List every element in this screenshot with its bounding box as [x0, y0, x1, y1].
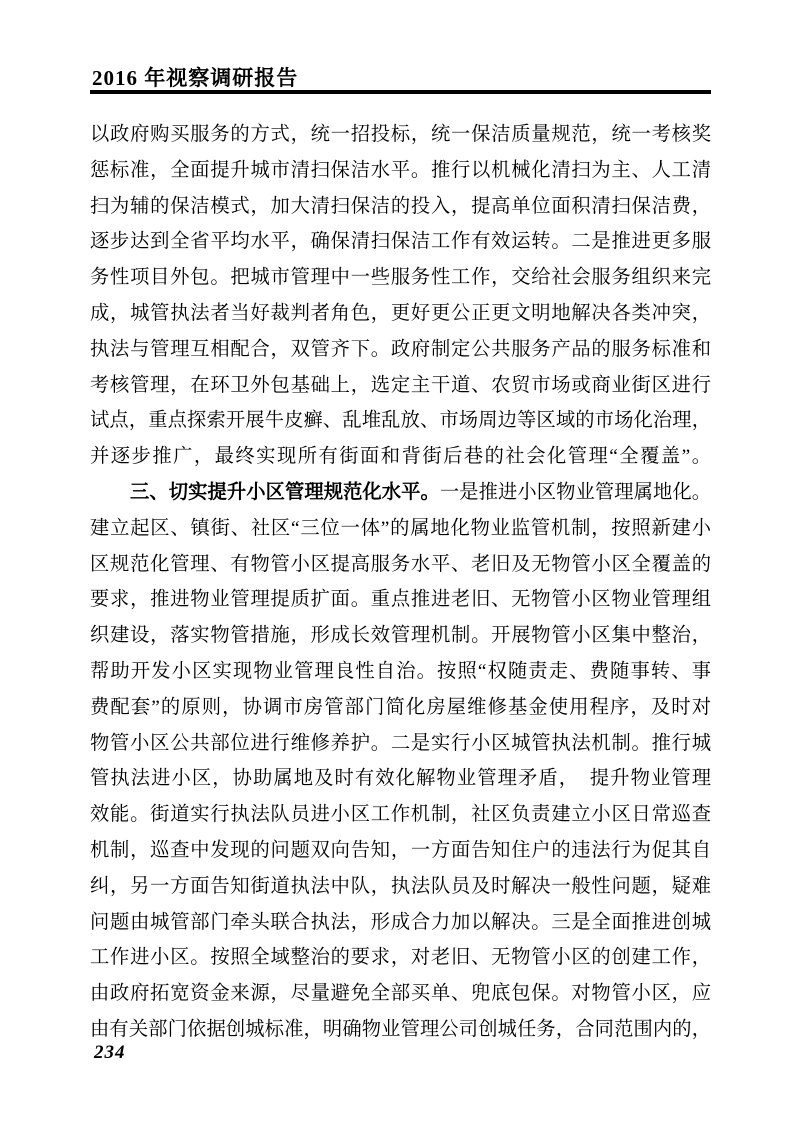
body-line: 惩标准，全面提升城市清扫保洁水平。推行以机械化清扫为主、人工清	[90, 153, 711, 189]
document-page: 2016 年视察调研报告 以政府购买服务的方式，统一招投标，统一保洁质量规范，统…	[0, 0, 803, 1133]
body-line: 工作进小区。按照全域整治的要求，对老旧、无物管小区的创建工作，	[90, 940, 711, 976]
body-line: 费配套”的原则，协调市房管部门简化房屋维修基金使用程序，及时对	[90, 690, 711, 726]
header-title: 2016 年视察调研报告	[92, 62, 298, 92]
body-line: 由政府拓宽资金来源，尽量避免全部买单、兜底包保。对物管小区，应	[90, 976, 711, 1012]
body-line: 织建设，落实物管措施，形成长效管理机制。开展物管小区集中整治，	[90, 618, 711, 654]
body-line: 区规范化管理、有物管小区提高服务水平、老旧及无物管小区全覆盖的	[90, 547, 711, 583]
body-line: 机制，巡查中发现的问题双向告知，一方面告知住户的违法行为促其自	[90, 833, 711, 869]
body-line: 纠，另一方面告知街道执法中队，执法队员及时解决一般性问题，疑难	[90, 869, 711, 905]
body-line: 由有关部门依据创城标准，明确物业管理公司创城任务，合同范围内的，	[90, 1012, 711, 1048]
page-number: 234	[94, 1042, 126, 1064]
body-line: 执法与管理互相配合，双管齐下。政府制定公共服务产品的服务标准和	[90, 332, 711, 368]
body-line: 物管小区公共部位进行维修养护。二是实行小区城管执法机制。推行城	[90, 726, 711, 762]
body-text: 以政府购买服务的方式，统一招投标，统一保洁质量规范，统一考核奖惩标准，全面提升城…	[90, 117, 711, 1048]
body-line: 管执法进小区，协助属地及时有效化解物业管理矛盾， 提升物业管理	[90, 761, 711, 797]
body-line: 问题由城管部门牵头联合执法，形成合力加以解决。三是全面推进创城	[90, 905, 711, 941]
body-line: 三、切实提升小区管理规范化水平。一是推进小区物业管理属地化。	[90, 475, 711, 511]
body-line: 以政府购买服务的方式，统一招投标，统一保洁质量规范，统一考核奖	[90, 117, 711, 153]
header-divider-rule	[90, 90, 711, 94]
section-heading-bold: 三、切实提升小区管理规范化水平。	[130, 482, 440, 503]
body-line: 逐步达到全省平均水平，确保清扫保洁工作有效运转。二是推进更多服	[90, 224, 711, 260]
body-line: 效能。街道实行执法队员进小区工作机制，社区负责建立小区日常巡查	[90, 797, 711, 833]
body-line: 建立起区、镇街、社区“三位一体”的属地化物业监管机制，按照新建小	[90, 511, 711, 547]
body-line: 务性项目外包。把城市管理中一些服务性工作，交给社会服务组织来完	[90, 260, 711, 296]
body-line: 考核管理，在环卫外包基础上，选定主干道、农贸市场或商业街区进行	[90, 368, 711, 404]
body-line: 试点，重点探索开展牛皮癣、乱堆乱放、市场周边等区域的市场化治理，	[90, 403, 711, 439]
body-line: 并逐步推广，最终实现所有街面和背街后巷的社会化管理“全覆盖”。	[90, 439, 711, 475]
body-line: 扫为辅的保洁模式，加大清扫保洁的投入，提高单位面积清扫保洁费，	[90, 189, 711, 225]
body-line: 要求，推进物业管理提质扩面。重点推进老旧、无物管小区物业管理组	[90, 582, 711, 618]
body-line: 帮助开发小区实现物业管理良性自治。按照“权随责走、费随事转、事	[90, 654, 711, 690]
body-line: 成，城管执法者当好裁判者角色，更好更公正更文明地解决各类冲突，	[90, 296, 711, 332]
